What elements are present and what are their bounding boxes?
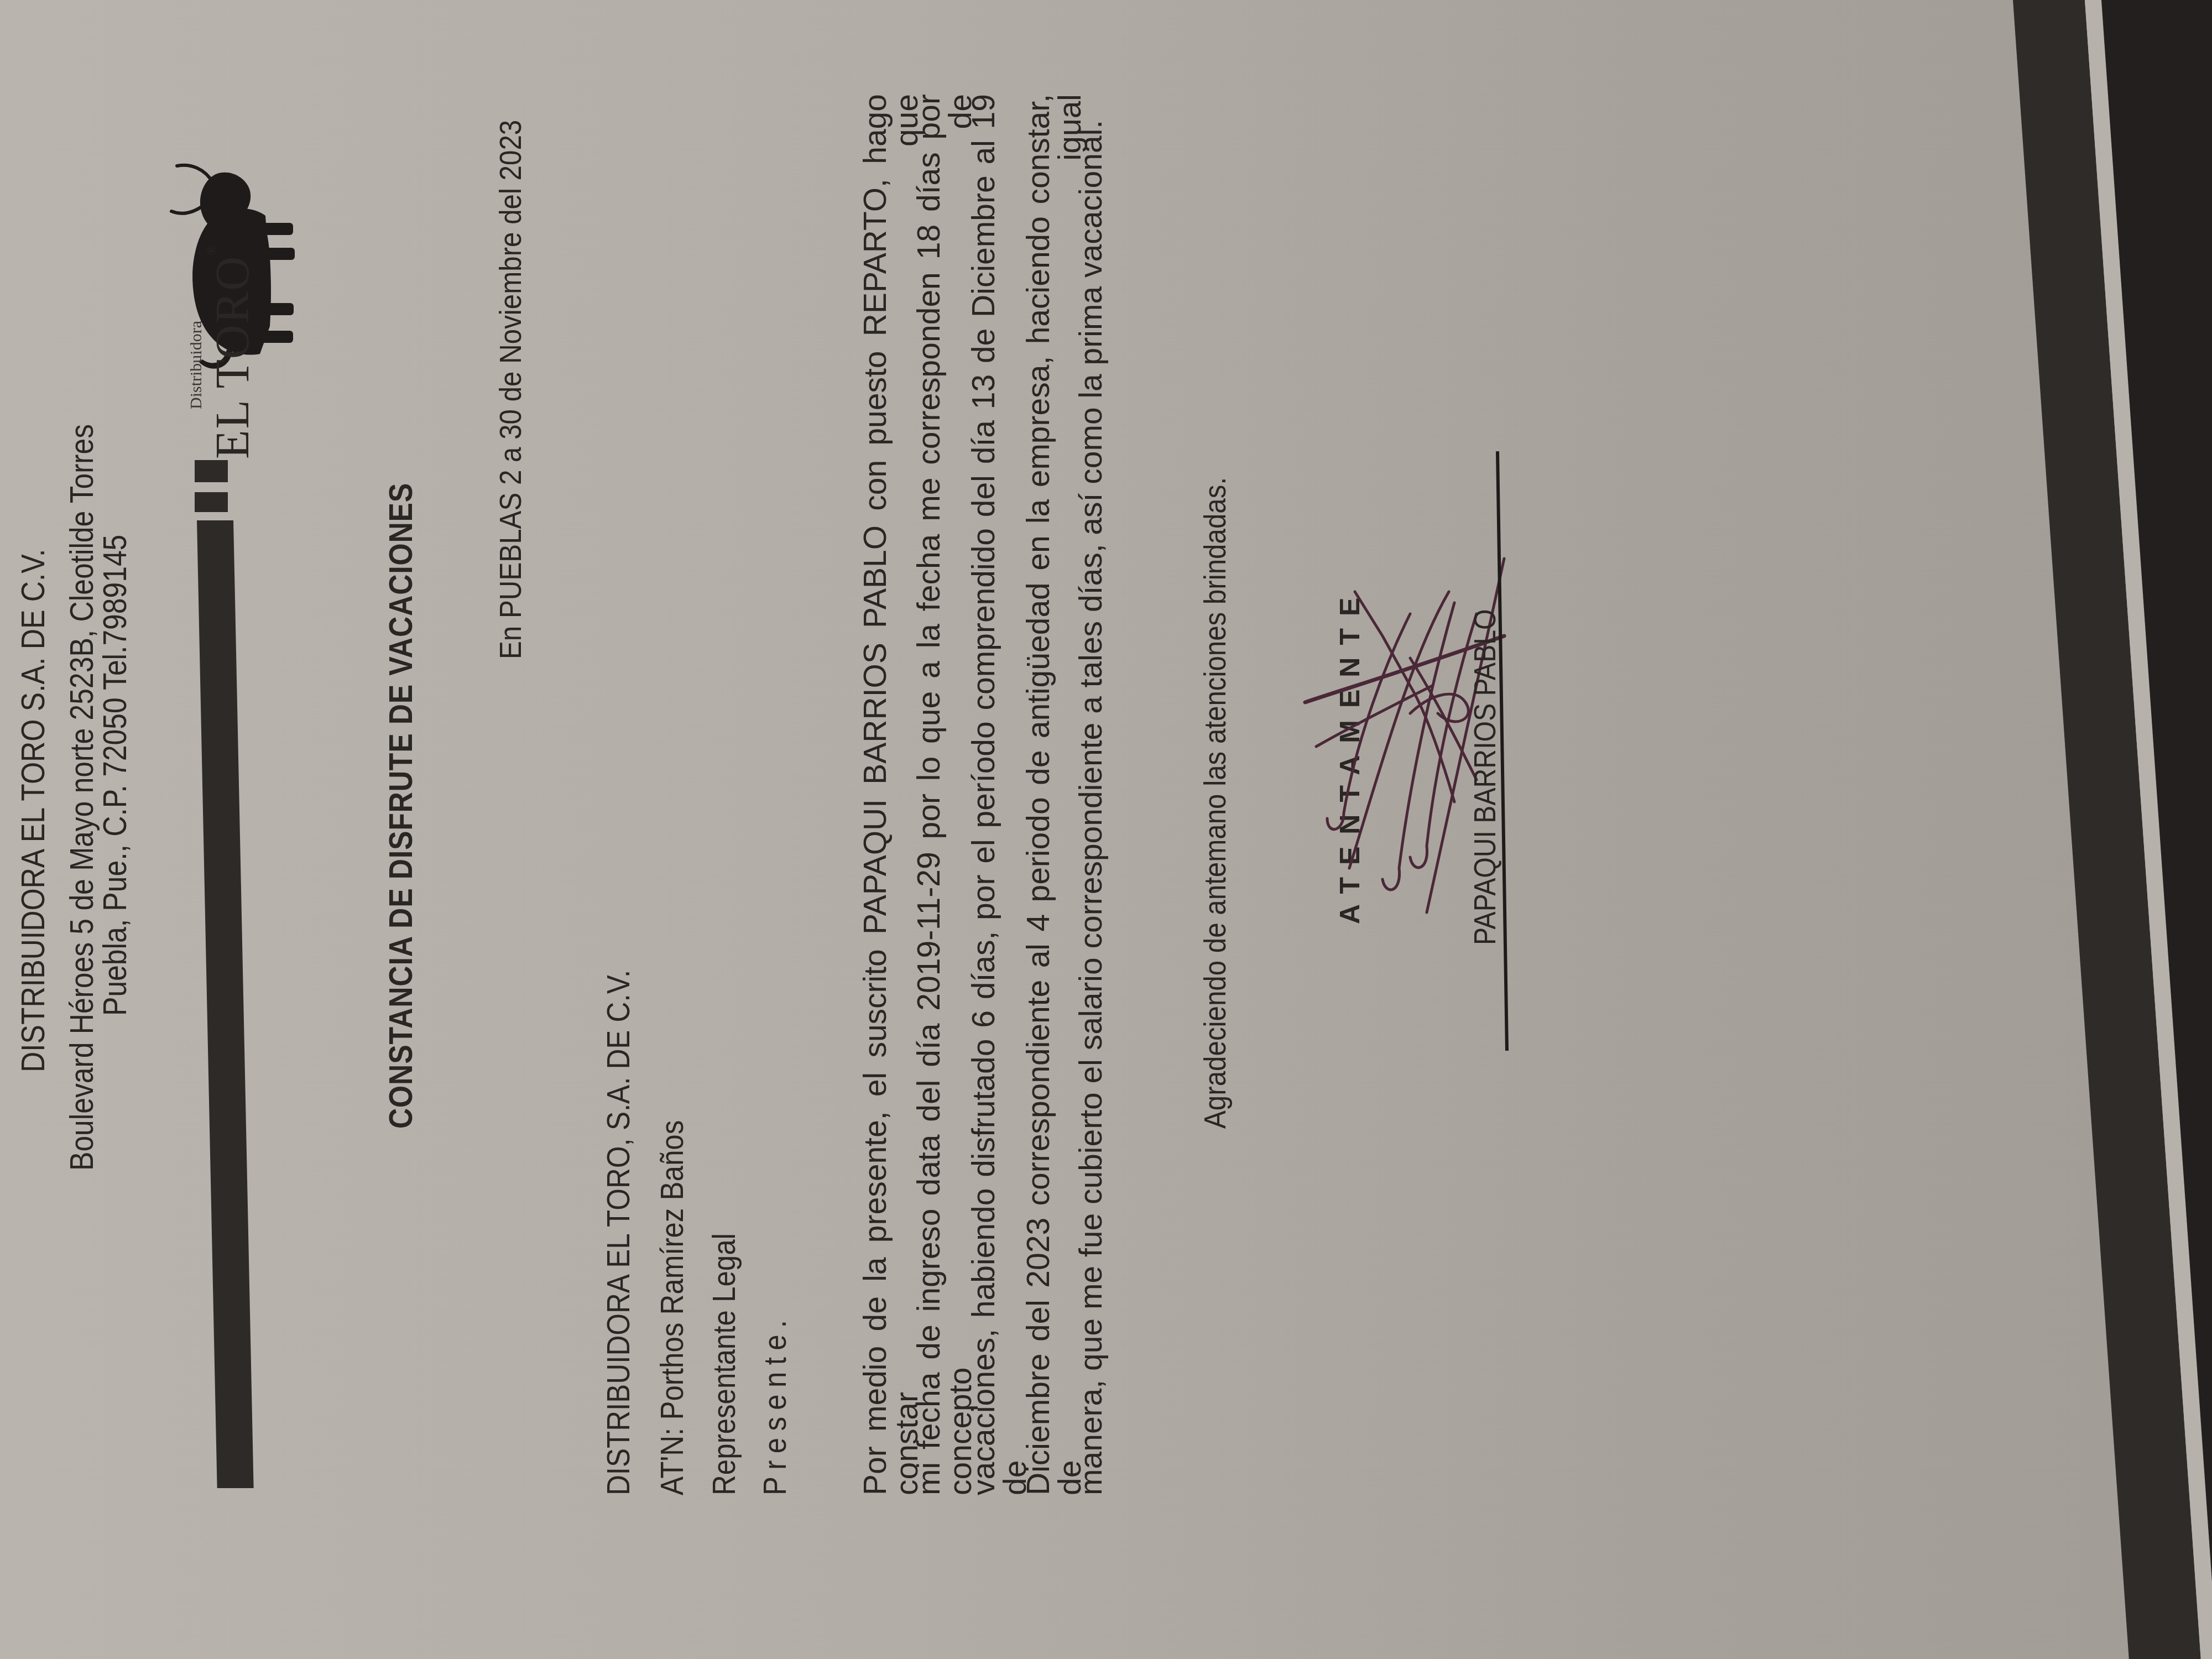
logo-name-text: EL TORO (206, 255, 259, 459)
letterhead-divider-segment (195, 492, 228, 512)
addressee-company: DISTRIBUIDORA EL TORO, S.A. DE C.V. (600, 970, 637, 1495)
letter-page: DISTRIBUIDORA EL TORO S.A. DE C.V. Boule… (0, 0, 2212, 1659)
company-logo: Distribuidora EL TORO® (122, 160, 299, 492)
body-line: manera, que me fue cubierto el salario c… (1076, 94, 1107, 1495)
addressee-attention: AT'N: Porthos Ramírez Baños (654, 1120, 691, 1495)
letterhead-divider-bar (197, 520, 254, 1488)
letterhead-company: DISTRIBUIDORA EL TORO S.A. DE C.V. (17, 549, 50, 1072)
document-photo: DISTRIBUIDORA EL TORO S.A. DE C.V. Boule… (0, 0, 2212, 1659)
signer-name: PAPAQUI BARRIOS PABLO (1467, 609, 1503, 945)
letterhead-address-line1: Boulevard Héroes 5 de Mayo norte 2523B, … (65, 424, 98, 1171)
closing-thanks: Agradeciendo de antemano las atenciones … (1197, 477, 1233, 1129)
addressee-role: Representante Legal (706, 1233, 743, 1495)
logo-name: EL TORO® (205, 244, 260, 459)
document-date: En PUEBLAS 2 a 30 de Noviembre del 2023 (492, 120, 528, 659)
document-title: CONSTANCIA DE DISFRUTE DE VACACIONES (382, 483, 420, 1129)
letterhead-address-line2: Puebla, Pue., C.P. 72050 Tel.7989145 (98, 535, 132, 1016)
logo-subtitle: Distribuidora (187, 321, 206, 409)
addressee-greeting: Presente. (757, 1313, 794, 1495)
registered-mark: ® (205, 244, 219, 255)
